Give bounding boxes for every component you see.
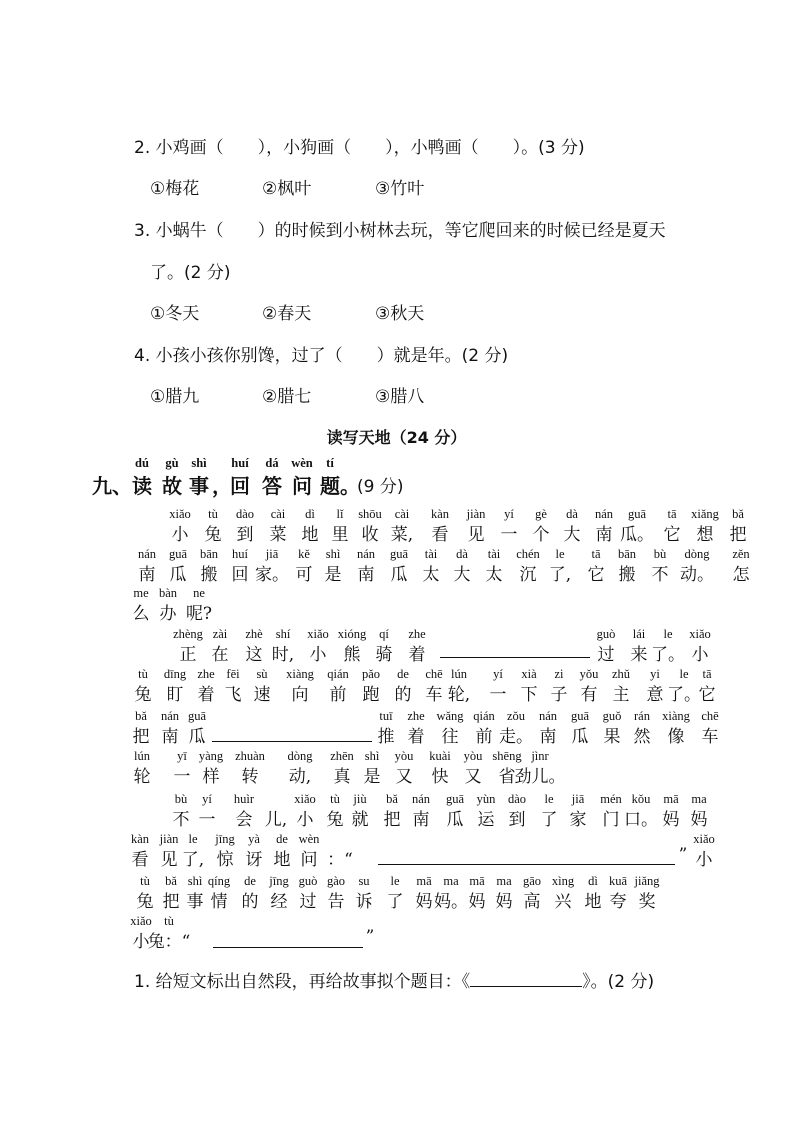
heading-pinyin: gù bbox=[165, 456, 178, 471]
blank-line-mom-praises[interactable] bbox=[213, 947, 363, 948]
hanzi: 前 bbox=[476, 722, 493, 747]
hanzi: 盯 bbox=[167, 680, 184, 705]
pinyin: nán bbox=[161, 709, 179, 724]
hanzi: 速 bbox=[254, 680, 271, 705]
pinyin: tù bbox=[330, 792, 340, 807]
pinyin: zěn bbox=[732, 547, 749, 562]
hanzi: 一 bbox=[501, 520, 518, 545]
pinyin: shì bbox=[326, 547, 341, 562]
pinyin: le bbox=[188, 832, 197, 847]
hanzi: 不 bbox=[173, 805, 190, 830]
option-q2-3: ③竹叶 bbox=[375, 174, 424, 199]
hanzi: 动。 bbox=[680, 560, 714, 585]
hanzi: 会 bbox=[236, 805, 253, 830]
pinyin: dīng bbox=[164, 667, 186, 682]
pinyin: rán bbox=[634, 709, 650, 724]
pinyin: tā bbox=[591, 547, 600, 562]
hanzi: 个 bbox=[533, 520, 550, 545]
pinyin: lún bbox=[134, 749, 150, 764]
blank-line-pumpkin-action[interactable] bbox=[212, 741, 372, 742]
pinyin: guò bbox=[597, 627, 616, 642]
option-q4-1: ①腊九 bbox=[150, 382, 199, 407]
pinyin: de bbox=[244, 874, 256, 889]
hanzi: 它 bbox=[699, 680, 716, 705]
hanzi: 样 bbox=[203, 762, 220, 787]
pinyin: yi bbox=[650, 667, 660, 682]
pinyin: bān bbox=[200, 547, 218, 562]
pinyin: gè bbox=[535, 507, 547, 522]
hanzi: 向 bbox=[292, 680, 309, 705]
final-question-text: 1. 给短文标出自然段，再给故事拟个题目：《 bbox=[134, 972, 470, 992]
hanzi: 把 bbox=[163, 887, 180, 912]
hanzi: 呢? bbox=[186, 599, 212, 624]
pinyin: bù bbox=[175, 792, 188, 807]
hanzi: 劲儿。 bbox=[515, 762, 566, 787]
hanzi: 见 bbox=[468, 520, 485, 545]
pinyin: shì bbox=[188, 874, 203, 889]
hanzi: 一 bbox=[490, 680, 507, 705]
hanzi: 轮, bbox=[448, 680, 470, 705]
pinyin: tuī bbox=[379, 709, 392, 724]
hanzi: 兴 bbox=[555, 887, 572, 912]
heading-pinyin: wèn bbox=[291, 456, 313, 471]
pinyin: xiǎo bbox=[693, 832, 715, 847]
option-q3-2: ②春天 bbox=[262, 299, 311, 324]
pinyin: dì bbox=[588, 874, 598, 889]
hanzi: 小 bbox=[310, 640, 327, 665]
hanzi: 真 bbox=[334, 762, 351, 787]
hanzi: 瓜 bbox=[572, 722, 589, 747]
hanzi: 儿, bbox=[265, 805, 287, 830]
question-3: 3. 小蜗牛（ ）的时候到小树林去玩，等它爬回来的时候已经是夏天 bbox=[134, 216, 666, 241]
pinyin: dà bbox=[456, 547, 468, 562]
hanzi: 了, bbox=[182, 845, 204, 870]
pinyin: yī bbox=[177, 749, 187, 764]
hanzi: 推 bbox=[378, 722, 395, 747]
hanzi: 大 bbox=[564, 520, 581, 545]
pinyin: xiǎo bbox=[307, 627, 329, 642]
hanzi: 主 bbox=[613, 680, 630, 705]
pinyin: yòu bbox=[464, 749, 483, 764]
hanzi: 菜, bbox=[391, 520, 413, 545]
hanzi: 可 bbox=[296, 560, 313, 585]
heading-number: 九、 bbox=[92, 470, 132, 499]
hanzi: 太 bbox=[486, 560, 503, 585]
pinyin: nán bbox=[357, 547, 375, 562]
option-q2-2: ②枫叶 bbox=[262, 174, 311, 199]
hanzi: 菜 bbox=[270, 520, 287, 545]
pinyin: dà bbox=[566, 507, 578, 522]
pinyin: guò bbox=[299, 874, 318, 889]
pinyin: tù bbox=[140, 874, 150, 889]
heading-char: 事 bbox=[189, 470, 209, 499]
hanzi: 省 bbox=[499, 762, 516, 787]
hanzi: 走。 bbox=[499, 722, 533, 747]
option-q2-1: ①梅花 bbox=[150, 174, 199, 199]
pinyin: ne bbox=[193, 586, 205, 601]
pinyin: zhe bbox=[408, 627, 425, 642]
pinyin: bǎ bbox=[386, 792, 398, 807]
heading-score: (9 分) bbox=[357, 472, 403, 497]
hanzi: 了。 bbox=[667, 680, 701, 705]
hanzi: 小 bbox=[696, 845, 713, 870]
pinyin: chén bbox=[516, 547, 540, 562]
hanzi: 轮 bbox=[134, 762, 151, 787]
pinyin: qián bbox=[327, 667, 349, 682]
hanzi: 然 bbox=[634, 722, 651, 747]
hanzi: 一 bbox=[199, 805, 216, 830]
pinyin: shì bbox=[365, 749, 380, 764]
option-q3-3: ③秋天 bbox=[375, 299, 424, 324]
hanzi: 一 bbox=[174, 762, 191, 787]
pinyin: bù bbox=[654, 547, 667, 562]
hanzi: 到 bbox=[509, 805, 526, 830]
hanzi: 快 bbox=[432, 762, 449, 787]
pinyin: qí bbox=[379, 627, 389, 642]
pinyin: kǒu bbox=[632, 792, 651, 807]
pinyin: ma bbox=[496, 874, 511, 889]
pinyin: lún bbox=[451, 667, 467, 682]
final-question: 1. 给短文标出自然段，再给故事拟个题目：《》。(2 分) bbox=[134, 967, 654, 992]
pinyin: yí bbox=[202, 792, 212, 807]
pinyin: cài bbox=[395, 507, 410, 522]
pinyin: zhe bbox=[197, 667, 214, 682]
pinyin: lǐ bbox=[337, 507, 344, 522]
pinyin: tā bbox=[702, 667, 711, 682]
option-q3-1: ①冬天 bbox=[150, 299, 199, 324]
hanzi: 收 bbox=[362, 520, 379, 545]
pinyin: mā bbox=[469, 874, 484, 889]
pinyin: xià bbox=[521, 667, 536, 682]
hanzi: 小 bbox=[297, 805, 314, 830]
pinyin: gāo bbox=[523, 874, 541, 889]
hanzi: 经 bbox=[271, 887, 288, 912]
hanzi: 到 bbox=[237, 520, 254, 545]
hanzi: 高 bbox=[524, 887, 541, 912]
hanzi: 妈 bbox=[416, 887, 433, 912]
hanzi: 瓜 bbox=[189, 722, 206, 747]
pinyin: kuài bbox=[429, 749, 451, 764]
hanzi: 南 bbox=[358, 560, 375, 585]
hanzi: 跑 bbox=[363, 680, 380, 705]
hanzi: 过 bbox=[598, 640, 615, 665]
option-q4-2: ②腊七 bbox=[262, 382, 311, 407]
hanzi: 里 bbox=[332, 520, 349, 545]
pinyin: xiǎo bbox=[689, 627, 711, 642]
pinyin: chē bbox=[425, 667, 442, 682]
pinyin: jīng bbox=[269, 874, 288, 889]
pinyin: pǎo bbox=[362, 667, 380, 682]
pinyin: yǒu bbox=[580, 667, 599, 682]
section-title: 读写天地（24 分） bbox=[0, 425, 793, 448]
pinyin: jiàn bbox=[467, 507, 486, 522]
hanzi: ” bbox=[366, 927, 375, 947]
pinyin: le bbox=[555, 547, 564, 562]
pinyin: mā bbox=[663, 792, 678, 807]
hanzi: 瓜 bbox=[391, 560, 408, 585]
hanzi: 来 bbox=[631, 640, 648, 665]
pinyin: jiǎng bbox=[635, 874, 660, 889]
pinyin: yà bbox=[248, 832, 260, 847]
pinyin: xìng bbox=[552, 874, 574, 889]
hanzi: 小 bbox=[692, 640, 709, 665]
option-q4-3: ③腊八 bbox=[375, 382, 424, 407]
pinyin: nán bbox=[539, 709, 557, 724]
heading-char: ， bbox=[212, 470, 232, 499]
hanzi: 办 bbox=[160, 599, 177, 624]
hanzi: 兔 bbox=[327, 805, 344, 830]
pinyin: wǎng bbox=[436, 709, 463, 724]
pinyin: guā bbox=[169, 547, 187, 562]
hanzi: 这 bbox=[246, 640, 263, 665]
hanzi: 往 bbox=[442, 722, 459, 747]
pinyin: zhe bbox=[407, 709, 424, 724]
pinyin: nán bbox=[412, 792, 430, 807]
question-4: 4. 小孩小孩你别馋，过了（ ）就是年。(2 分) bbox=[134, 341, 508, 366]
hanzi: 看 bbox=[432, 520, 449, 545]
hanzi: 前 bbox=[330, 680, 347, 705]
heading-pinyin: tí bbox=[326, 456, 334, 471]
hanzi: 骑 bbox=[376, 640, 393, 665]
hanzi: 又 bbox=[465, 762, 482, 787]
hanzi: 瓜 bbox=[170, 560, 187, 585]
hanzi: 南 bbox=[162, 722, 179, 747]
pinyin: nán bbox=[595, 507, 613, 522]
pinyin: bǎ bbox=[135, 709, 147, 724]
hanzi: 动, bbox=[289, 762, 311, 787]
pinyin: qián bbox=[473, 709, 495, 724]
pinyin: jiā bbox=[572, 792, 585, 807]
heading-pinyin: shì bbox=[191, 456, 206, 471]
hanzi: 地 bbox=[302, 520, 319, 545]
pinyin: guā bbox=[571, 709, 589, 724]
pinyin: huí bbox=[232, 547, 248, 562]
hanzi: 讶 bbox=[246, 845, 263, 870]
hanzi: 地 bbox=[274, 845, 291, 870]
pinyin: dì bbox=[305, 507, 315, 522]
hanzi: 运 bbox=[478, 805, 495, 830]
heading-pinyin: huí bbox=[231, 456, 248, 471]
hanzi: 熊 bbox=[344, 640, 361, 665]
pinyin: tài bbox=[488, 547, 501, 562]
pinyin: tài bbox=[425, 547, 438, 562]
hanzi: 搬 bbox=[201, 560, 218, 585]
hanzi: 门 bbox=[603, 805, 620, 830]
pinyin: kuā bbox=[609, 874, 627, 889]
pinyin: cài bbox=[271, 507, 286, 522]
pinyin: dòng bbox=[685, 547, 710, 562]
pinyin: tù bbox=[138, 667, 148, 682]
hanzi: 瓜。 bbox=[620, 520, 654, 545]
hanzi: 家 bbox=[570, 805, 587, 830]
pinyin: dào bbox=[508, 792, 526, 807]
hanzi: ” bbox=[679, 845, 688, 865]
pinyin: le bbox=[679, 667, 688, 682]
pinyin: bǎ bbox=[165, 874, 177, 889]
pinyin: zǒu bbox=[507, 709, 525, 724]
hanzi: 小 bbox=[172, 520, 189, 545]
pinyin: shí bbox=[276, 627, 291, 642]
pinyin: lái bbox=[633, 627, 646, 642]
pinyin: le bbox=[544, 792, 553, 807]
hanzi: 车 bbox=[426, 680, 443, 705]
hanzi: 兔 bbox=[205, 520, 222, 545]
hanzi: 就 bbox=[352, 805, 369, 830]
hanzi: 飞 bbox=[225, 680, 242, 705]
pinyin: jiàn bbox=[160, 832, 179, 847]
hanzi: 地 bbox=[585, 887, 602, 912]
heading-char: 回 bbox=[230, 470, 250, 499]
hanzi: 夸 bbox=[610, 887, 627, 912]
hanzi: 的 bbox=[395, 680, 412, 705]
pinyin: su bbox=[358, 874, 369, 889]
pinyin: xiǎng bbox=[691, 507, 719, 522]
pinyin: sù bbox=[256, 667, 267, 682]
pinyin: shēng bbox=[492, 749, 521, 764]
pinyin: shōu bbox=[358, 507, 382, 522]
hanzi: 在 bbox=[212, 640, 229, 665]
hanzi: 它 bbox=[588, 560, 605, 585]
hanzi: 见 bbox=[161, 845, 178, 870]
hanzi: 时, bbox=[272, 640, 294, 665]
hanzi: 正 bbox=[180, 640, 197, 665]
pinyin: xiǎo bbox=[130, 914, 152, 929]
pinyin: dòng bbox=[288, 749, 313, 764]
pinyin: mén bbox=[600, 792, 622, 807]
pinyin: mā bbox=[416, 874, 431, 889]
pinyin: qíng bbox=[208, 874, 230, 889]
hanzi: 了 bbox=[541, 805, 558, 830]
pinyin: chē bbox=[701, 709, 718, 724]
question-2: 2. 小鸡画（ ），小狗画（ ），小鸭画（ ）。(3 分) bbox=[134, 133, 585, 158]
hanzi: 兔 bbox=[137, 887, 154, 912]
heading-pinyin: dú bbox=[135, 456, 149, 471]
hanzi: 家。 bbox=[255, 560, 289, 585]
hanzi: 了。 bbox=[651, 640, 685, 665]
pinyin: yùn bbox=[477, 792, 496, 807]
pinyin: yí bbox=[493, 667, 503, 682]
pinyin: kàn bbox=[131, 832, 149, 847]
hanzi: 把 bbox=[730, 520, 747, 545]
heading-char: 题。 bbox=[320, 470, 360, 499]
pinyin: guā bbox=[390, 547, 408, 562]
hanzi: 像 bbox=[668, 722, 685, 747]
hanzi: 又 bbox=[396, 762, 413, 787]
hanzi: 想 bbox=[697, 520, 714, 545]
pinyin: de bbox=[276, 832, 288, 847]
heading-char: 问 bbox=[292, 470, 312, 499]
hanzi: 南 bbox=[596, 520, 613, 545]
hanzi: 果 bbox=[604, 722, 621, 747]
pinyin: jiā bbox=[266, 547, 279, 562]
question-3-cont: 了。(2 分) bbox=[150, 258, 230, 283]
pinyin: xióng bbox=[338, 627, 366, 642]
pinyin: jiù bbox=[353, 792, 366, 807]
hanzi: 沉 bbox=[520, 560, 537, 585]
hanzi: 惊 bbox=[217, 845, 234, 870]
hanzi: 妈 bbox=[496, 887, 513, 912]
title-blank[interactable] bbox=[470, 972, 582, 987]
hanzi: 是 bbox=[364, 762, 381, 787]
hanzi: 妈。 bbox=[434, 887, 468, 912]
hanzi: 诉 bbox=[356, 887, 373, 912]
hanzi: 它 bbox=[664, 520, 681, 545]
pinyin: me bbox=[133, 586, 148, 601]
pinyin: huìr bbox=[234, 792, 254, 807]
hanzi: 小 bbox=[133, 927, 150, 952]
hanzi: 着 bbox=[409, 640, 426, 665]
heading-char: 故 bbox=[162, 470, 182, 499]
hanzi: 着 bbox=[198, 680, 215, 705]
pinyin: xiàng bbox=[662, 709, 690, 724]
pinyin: kàn bbox=[431, 507, 449, 522]
heading-char: 读 bbox=[132, 470, 152, 499]
pinyin: guǒ bbox=[603, 709, 622, 724]
pinyin: ma bbox=[443, 874, 458, 889]
hanzi: 兔：“ bbox=[148, 927, 191, 952]
pinyin: fēi bbox=[226, 667, 239, 682]
pinyin: ma bbox=[691, 792, 706, 807]
pinyin: xiǎo bbox=[294, 792, 316, 807]
hanzi: 回 bbox=[232, 560, 249, 585]
hanzi: 着 bbox=[408, 722, 425, 747]
pinyin: xiàng bbox=[286, 667, 314, 682]
hanzi: 意 bbox=[647, 680, 664, 705]
pinyin: jīng bbox=[215, 832, 234, 847]
hanzi: 下 bbox=[521, 680, 538, 705]
pinyin: le bbox=[390, 874, 399, 889]
pinyin: gào bbox=[327, 874, 345, 889]
hanzi: 过 bbox=[300, 887, 317, 912]
pinyin: zhèng bbox=[173, 627, 203, 642]
blank-line-mom-asks[interactable] bbox=[378, 864, 675, 865]
pinyin: zhè bbox=[245, 627, 262, 642]
pinyin: tù bbox=[208, 507, 218, 522]
hanzi: 车 bbox=[702, 722, 719, 747]
pinyin: yàng bbox=[199, 749, 223, 764]
pinyin: xiǎo bbox=[169, 507, 191, 522]
blank-line-bear-rides[interactable] bbox=[440, 657, 590, 658]
pinyin: yòu bbox=[395, 749, 414, 764]
hanzi: 有 bbox=[581, 680, 598, 705]
pinyin: yí bbox=[504, 507, 514, 522]
pinyin: bàn bbox=[159, 586, 177, 601]
hanzi: ：“ bbox=[327, 845, 353, 870]
hanzi: 子 bbox=[551, 680, 568, 705]
hanzi: 转 bbox=[242, 762, 259, 787]
hanzi: 瓜 bbox=[447, 805, 464, 830]
pinyin: zài bbox=[213, 627, 228, 642]
pinyin: jìnr bbox=[531, 749, 548, 764]
hanzi: 怎 bbox=[733, 560, 750, 585]
hanzi: 奖 bbox=[639, 887, 656, 912]
hanzi: 情 bbox=[211, 887, 228, 912]
hanzi: 把 bbox=[384, 805, 401, 830]
hanzi: 兔 bbox=[135, 680, 152, 705]
hanzi: 南 bbox=[413, 805, 430, 830]
pinyin: guā bbox=[188, 709, 206, 724]
hanzi: 南 bbox=[540, 722, 557, 747]
pinyin: kě bbox=[298, 547, 310, 562]
hanzi: 事 bbox=[187, 887, 204, 912]
hanzi: 太 bbox=[423, 560, 440, 585]
hanzi: 妈 bbox=[469, 887, 486, 912]
hanzi: 的 bbox=[242, 887, 259, 912]
pinyin: guā bbox=[628, 507, 646, 522]
hanzi: 大 bbox=[454, 560, 471, 585]
pinyin: zhēn bbox=[330, 749, 354, 764]
pinyin: dào bbox=[236, 507, 254, 522]
